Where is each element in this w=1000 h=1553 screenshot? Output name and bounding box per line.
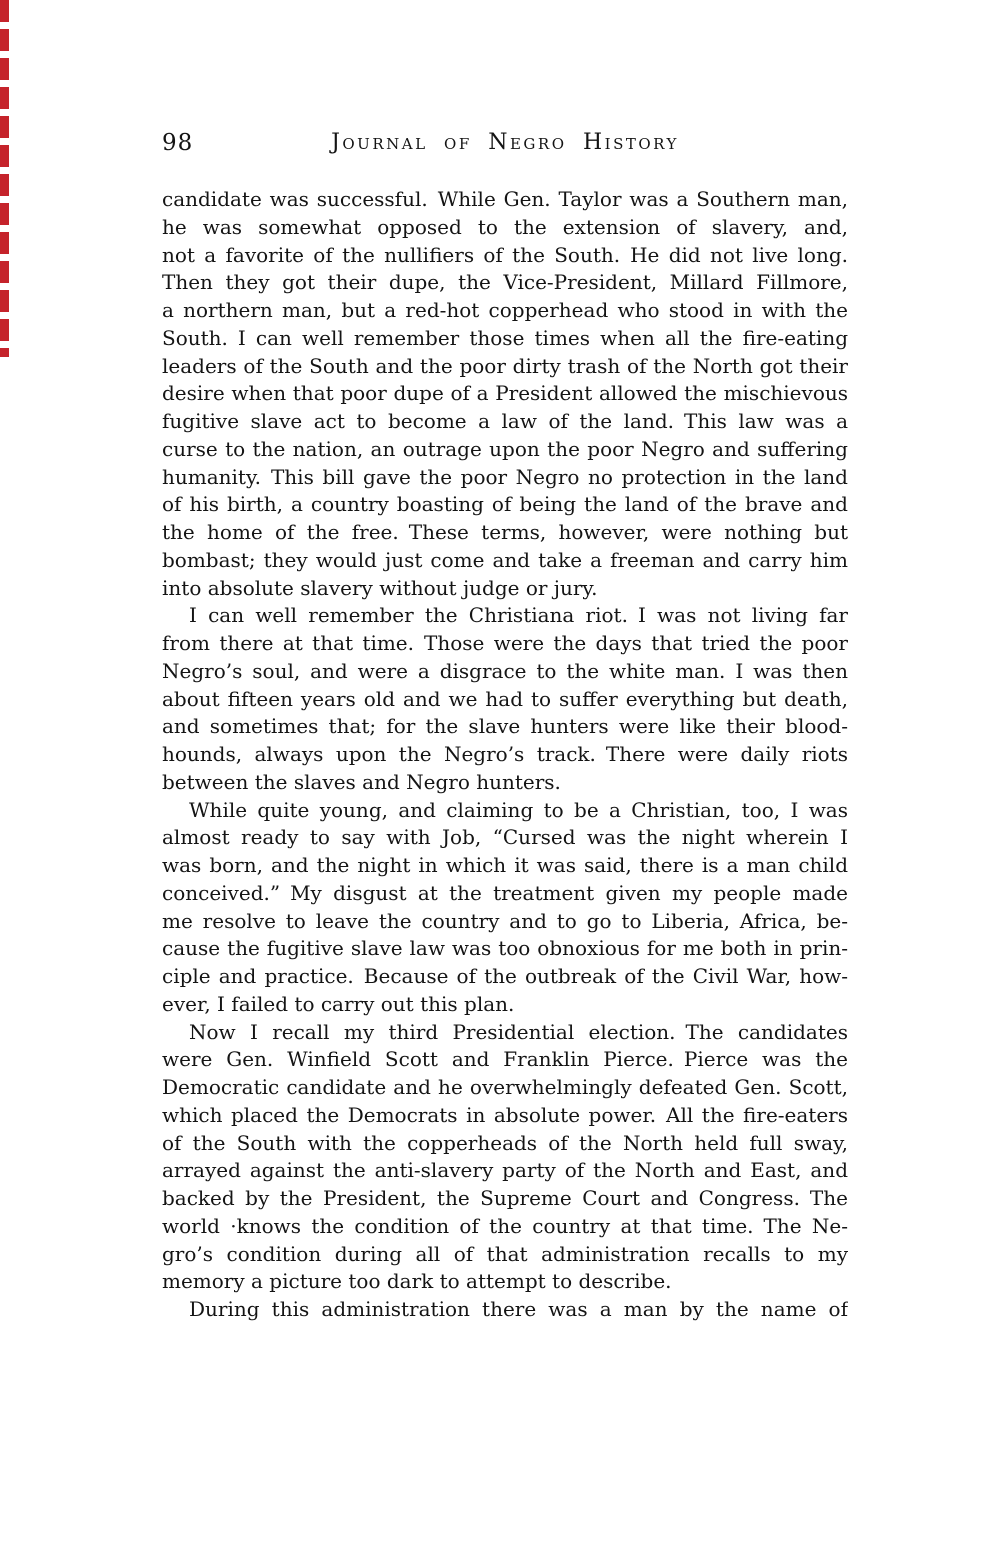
text-line: South. I can well remember those times w… <box>162 325 848 353</box>
text-line: humanity. This bill gave the poor Negro … <box>162 464 848 492</box>
text-line: about fifteen years old and we had to su… <box>162 686 848 714</box>
text-line: conceived.” My disgust at the treatment … <box>162 880 848 908</box>
text-line: bombast; they would just come and take a… <box>162 547 848 575</box>
text-line: leaders of the South and the poor dirty … <box>162 353 848 381</box>
text-line: almost ready to say with Job, “Cursed wa… <box>162 824 848 852</box>
text-line: of his birth, a country boasting of bein… <box>162 491 848 519</box>
text-line: ciple and practice. Because of the outbr… <box>162 963 848 991</box>
text-line: While quite young, and claiming to be a … <box>162 797 848 825</box>
text-block: candidate was successful. While Gen. Tay… <box>162 186 848 1324</box>
text-line: Now I recall my third Presidential elect… <box>162 1019 848 1047</box>
text-line: cause the fugitive slave law was too obn… <box>162 935 848 963</box>
text-line: between the slaves and Negro hunters. <box>162 769 848 797</box>
text-line: desire when that poor dupe of a Presiden… <box>162 380 848 408</box>
text-line: gro’s condition during all of that admin… <box>162 1241 848 1269</box>
text-line: Then they got their dupe, the Vice-Presi… <box>162 269 848 297</box>
text-line: a northern man, but a red-hot copperhead… <box>162 297 848 325</box>
text-line: Negro’s soul, and were a disgrace to the… <box>162 658 848 686</box>
text-line: memory a picture too dark to attempt to … <box>162 1268 848 1296</box>
text-line: I can well remember the Christiana riot.… <box>162 602 848 630</box>
running-header-title: Journal of Negro History <box>162 130 848 155</box>
text-line: the home of the free. These terms, howev… <box>162 519 848 547</box>
text-line: into absolute slavery without judge or j… <box>162 575 848 603</box>
scan-edge-marks <box>0 0 9 357</box>
text-line: candidate was successful. While Gen. Tay… <box>162 186 848 214</box>
scanned-page: 98 Journal of Negro History candidate wa… <box>0 0 1000 1553</box>
text-line: During this administration there was a m… <box>162 1296 848 1324</box>
text-line: and sometimes that; for the slave hunter… <box>162 713 848 741</box>
text-line: fugitive slave act to become a law of th… <box>162 408 848 436</box>
text-line: me resolve to leave the country and to g… <box>162 908 848 936</box>
text-line: from there at that time. Those were the … <box>162 630 848 658</box>
text-line: arrayed against the anti-slavery party o… <box>162 1157 848 1185</box>
text-line: he was somewhat opposed to the extension… <box>162 214 848 242</box>
text-line: was born, and the night in which it was … <box>162 852 848 880</box>
text-line: curse to the nation, an outrage upon the… <box>162 436 848 464</box>
text-line: ever, I failed to carry out this plan. <box>162 991 848 1019</box>
text-line: backed by the President, the Supreme Cou… <box>162 1185 848 1213</box>
text-line: world ·knows the condition of the countr… <box>162 1213 848 1241</box>
text-line: not a favorite of the nullifiers of the … <box>162 242 848 270</box>
text-line: were Gen. Winfield Scott and Franklin Pi… <box>162 1046 848 1074</box>
text-line: of the South with the copperheads of the… <box>162 1130 848 1158</box>
text-line: hounds, always upon the Negro’s track. T… <box>162 741 848 769</box>
text-line: which placed the Democrats in absolute p… <box>162 1102 848 1130</box>
text-line: Democratic candidate and he overwhelming… <box>162 1074 848 1102</box>
